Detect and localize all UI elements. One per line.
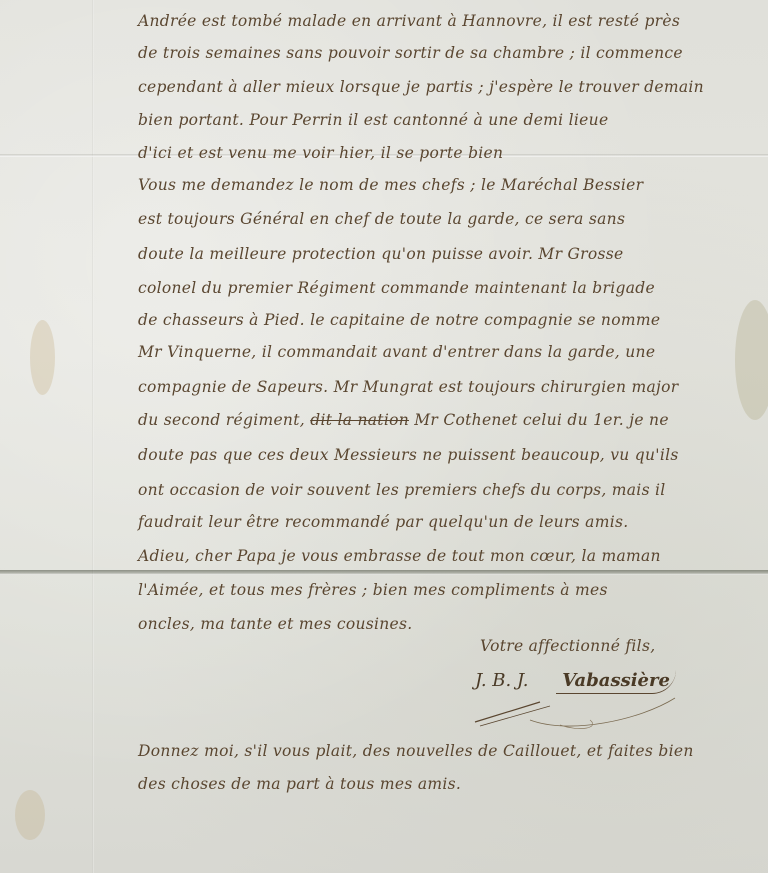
postscript-line: Donnez moi, s'il vous plait, des nouvell… (138, 742, 694, 760)
letter-line: faudrait leur être recommandé par quelqu… (138, 513, 628, 531)
letter-line: Vous me demandez le nom de mes chefs ; l… (138, 176, 643, 194)
letter-line: l'Aimée, et tous mes frères ; bien mes c… (138, 581, 608, 599)
signature-flourish-icon (470, 690, 690, 730)
letter-line: Andrée est tombé malade en arrivant à Ha… (138, 12, 680, 30)
line-text: du second régiment, (138, 411, 305, 429)
letter-line: oncles, ma tante et mes cousines. (138, 615, 413, 633)
paper-stain-right (735, 300, 768, 420)
struck-out-text: dit la nation (310, 411, 409, 429)
letter-page: Andrée est tombé malade en arrivant à Ha… (0, 0, 768, 873)
signature-initials: J. B. J. (475, 670, 528, 691)
letter-line: Mr Vinquerne, il commandait avant d'entr… (138, 343, 655, 361)
letter-line: est toujours Général en chef de toute la… (138, 210, 625, 228)
paper-stain-left (30, 320, 55, 395)
letter-line: de trois semaines sans pouvoir sortir de… (138, 44, 683, 62)
letter-line: bien portant. Pour Perrin il est cantonn… (138, 111, 608, 129)
letter-line: d'ici et est venu me voir hier, il se po… (138, 144, 503, 162)
middle-fold-crease (0, 570, 768, 575)
letter-line: Adieu, cher Papa je vous embrasse de tou… (138, 547, 661, 565)
vertical-fold-crease (92, 0, 94, 873)
letter-line: colonel du premier Régiment commande mai… (138, 279, 655, 297)
letter-line: de chasseurs à Pied. le capitaine de not… (138, 311, 660, 329)
postscript-line: des choses de ma part à tous mes amis. (138, 775, 461, 793)
letter-line: doute la meilleure protection qu'on puis… (138, 245, 624, 263)
line-text-continued: Mr Cothenet celui du 1er. je ne (409, 411, 669, 429)
letter-closing: Votre affectionné fils, (480, 637, 655, 655)
paper-stain-bottom-left (15, 790, 45, 840)
letter-line: cependant à aller mieux lorsque je parti… (138, 78, 704, 96)
letter-line: doute pas que ces deux Messieurs ne puis… (138, 446, 679, 464)
letter-line: compagnie de Sapeurs. Mr Mungrat est tou… (138, 378, 679, 396)
letter-line: ont occasion de voir souvent les premier… (138, 481, 666, 499)
letter-line: du second régiment, dit la nation Mr Cot… (138, 411, 669, 429)
